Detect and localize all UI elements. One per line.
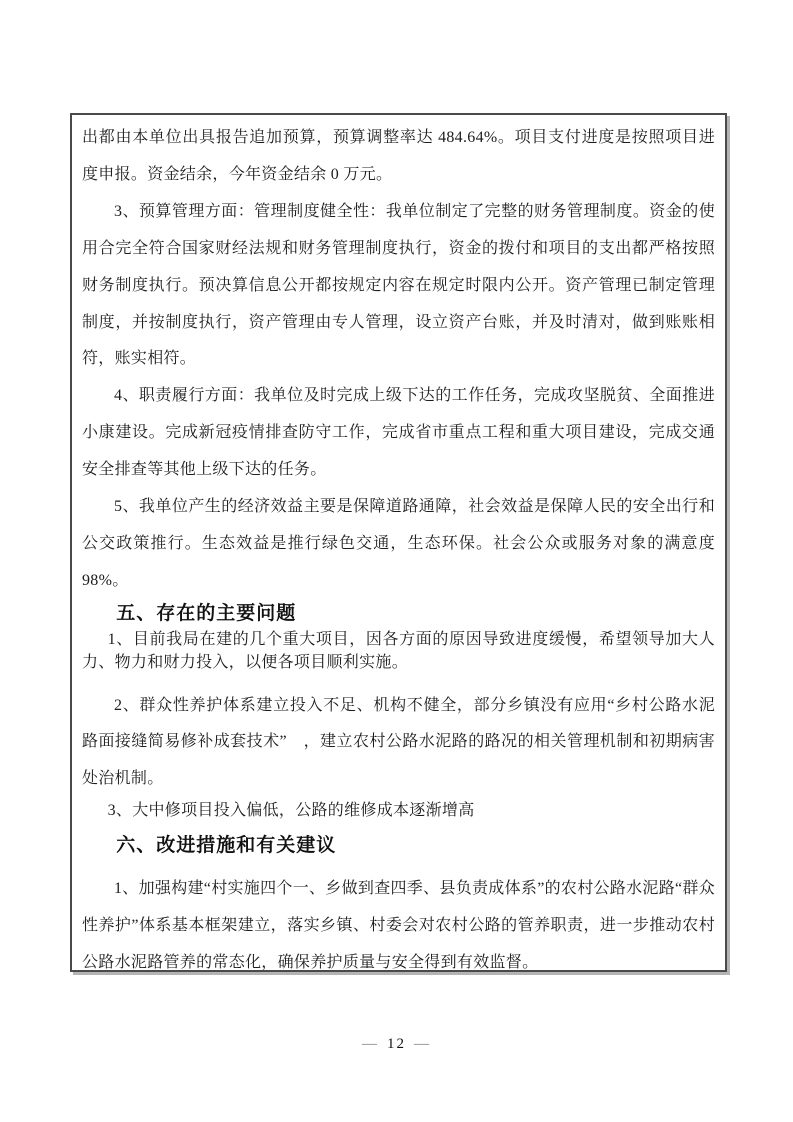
paragraph-budget-adjustment: 出都由本单位出具报告追加预算，预算调整率达 484.64%。项目支付进度是按照项… [82,120,715,194]
paragraph-problem-1: 1、目前我局在建的几个重大项目，因各方面的原因导致进度缓慢，希望领导加大人力、物… [82,628,715,674]
page-footer: —12— [0,1036,793,1053]
footer-dash-left: — [354,1036,387,1052]
footer-dash-right: — [406,1036,439,1052]
document-page: 出都由本单位出具报告追加预算，预算调整率达 484.64%。项目支付进度是按照项… [0,0,793,1122]
paragraph-budget-management: 3、预算管理方面：管理制度健全性：我单位制定了完整的财务管理制度。资金的使用合完… [82,194,715,379]
paragraph-problem-2: 2、群众性养护体系建立投入不足、机构不健全，部分乡镇没有应用“乡村公路水泥路面接… [82,688,715,798]
section-heading-six-improvements: 六、改进措施和有关建议 [82,832,715,860]
section-heading-five-main-problems: 五、存在的主要问题 [82,600,715,628]
paragraph-duty-performance: 4、职责履行方面：我单位及时完成上级下达的工作任务，完成攻坚脱贫、全面推进小康建… [82,378,715,489]
paragraph-benefits: 5、我单位产生的经济效益主要是保障道路通障，社会效益是保障人民的安全出行和公交政… [82,489,715,600]
page-number: 12 [387,1036,406,1052]
paragraph-suggestion-1: 1、加强构建“村实施四个一、乡做到查四季、县负责成体系”的农村公路水泥路“群众性… [82,870,715,972]
paragraph-problem-3: 3、大中修项目投入偏低，公路的维修成本逐渐增高 [82,797,715,824]
report-table-cell: 出都由本单位出具报告追加预算，预算调整率达 484.64%。项目支付进度是按照项… [70,113,727,972]
